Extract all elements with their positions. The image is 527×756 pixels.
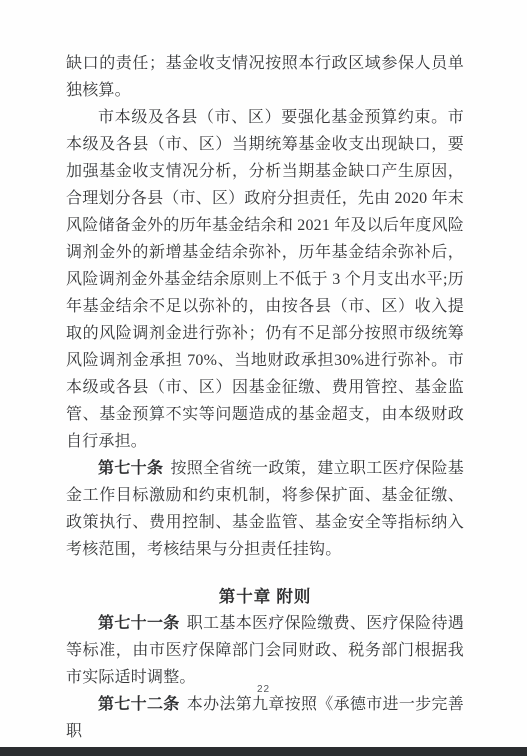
bottom-edge-bar [0, 747, 527, 756]
page-number: 22 [0, 684, 527, 695]
paragraph-article-70: 第七十条按照全省统一政策，建立职工医疗保险基金工作目标激励和约束机制，将参保扩面… [66, 455, 464, 563]
article-number: 第七十条 [98, 460, 163, 477]
article-number: 第七十一条 [98, 615, 180, 632]
scanned-document-page: 缺口的责任；基金收支情况按照本行政区域参保人员单独核算。 市本级及各县（市、区）… [0, 0, 527, 756]
chapter-heading-text: 第十章 附则 [219, 587, 312, 606]
paragraph-fund-budget: 市本级及各县（市、区）要强化基金预算约束。市本级及各县（市、区）当期统筹基金收支… [66, 104, 464, 455]
paragraph-text: 缺口的责任；基金收支情况按照本行政区域参保人员单独核算。 [66, 55, 464, 99]
paragraph-article-72: 第七十二条本办法第九章按照《承德市进一步完善职 [66, 691, 464, 745]
paragraph-article-71: 第七十一条职工基本医疗保险缴费、医疗保险待遇等标准，由市医疗保障部门会同财政、税… [66, 610, 464, 691]
document-body: 缺口的责任；基金收支情况按照本行政区域参保人员单独核算。 市本级及各县（市、区）… [66, 50, 464, 745]
article-number: 第七十二条 [98, 696, 180, 713]
chapter-heading: 第十章 附则 [66, 583, 464, 610]
paragraph-continuation: 缺口的责任；基金收支情况按照本行政区域参保人员单独核算。 [66, 50, 464, 104]
paragraph-text: 市本级及各县（市、区）要强化基金预算约束。市本级及各县（市、区）当期统筹基金收支… [66, 109, 464, 450]
